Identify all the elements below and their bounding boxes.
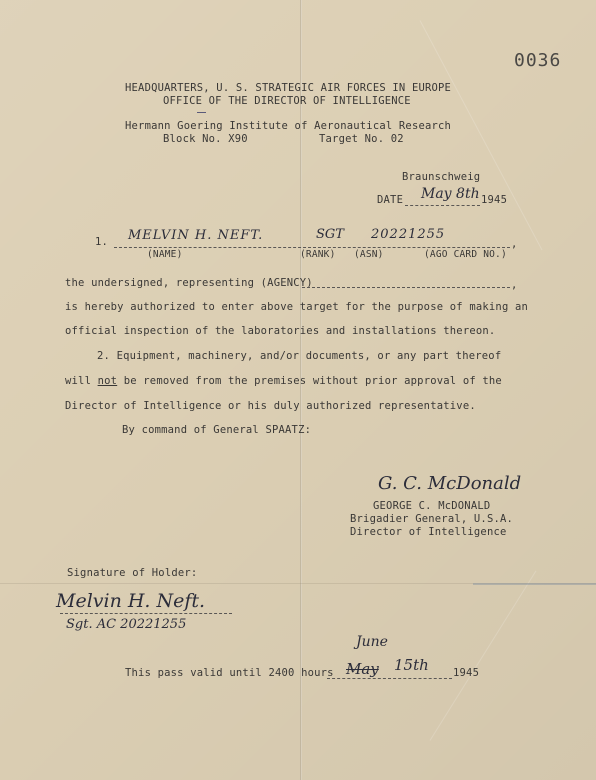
signatory-rank: Brigadier General, U.S.A. bbox=[350, 513, 513, 525]
signatory-name: GEORGE C. McDONALD bbox=[373, 500, 490, 512]
holder-signature: Melvin H. Neft. bbox=[56, 590, 205, 612]
date-label: DATE bbox=[377, 194, 403, 206]
para2-line-1: 2. Equipment, machinery, and/or document… bbox=[97, 350, 501, 362]
serial-number: 0036 bbox=[514, 50, 561, 71]
body-line-3: official inspection of the laboratories … bbox=[65, 325, 495, 337]
date-handwritten: May 8th bbox=[421, 186, 480, 202]
body-line-2: is hereby authorized to enter above targ… bbox=[65, 301, 528, 313]
body-line-1: the undersigned, representing (AGENCY) bbox=[65, 277, 313, 289]
comma: , bbox=[511, 238, 518, 250]
ink-mark bbox=[197, 112, 206, 113]
holder-label: Signature of Holder: bbox=[67, 567, 197, 579]
para2-line-2: will not be removed from the premises wi… bbox=[65, 375, 502, 387]
rank-handwritten: SGT bbox=[316, 227, 344, 242]
asn-handwritten: 20221255 bbox=[371, 227, 445, 242]
label-asn: (ASN) bbox=[354, 249, 384, 260]
holder-subline: Sgt. AC 20221255 bbox=[66, 617, 186, 632]
validity-day: 15th bbox=[394, 656, 429, 674]
location: Braunschweig bbox=[402, 171, 480, 183]
comma: , bbox=[511, 279, 518, 291]
tape-mark bbox=[473, 583, 596, 585]
name-handwritten: MELVIN H. NEFT. bbox=[128, 228, 263, 243]
target-number: Target No. 02 bbox=[319, 133, 404, 145]
text-rest: be removed from the premises without pri… bbox=[117, 375, 502, 387]
command-line: By command of General SPAATZ: bbox=[122, 424, 311, 436]
name-line bbox=[114, 247, 510, 248]
validity-struck-month: May bbox=[346, 660, 379, 678]
signatory-title: Director of Intelligence bbox=[350, 526, 507, 538]
validity-month: June bbox=[356, 634, 388, 650]
text-will: will bbox=[65, 375, 98, 387]
para2-line-3: Director of Intelligence or his duly aut… bbox=[65, 400, 476, 412]
header-line-1: HEADQUARTERS, U. S. STRATEGIC AIR FORCES… bbox=[125, 82, 451, 94]
holder-signature-line bbox=[60, 613, 232, 614]
label-rank: (RANK) bbox=[300, 249, 336, 260]
item-number: 1. bbox=[95, 236, 108, 248]
validity-year: 1945 bbox=[453, 667, 479, 679]
agency-line bbox=[302, 287, 510, 288]
header-line-2: OFFICE OF THE DIRECTOR OF INTELLIGENCE bbox=[163, 95, 411, 107]
target-institute: Hermann Goering Institute of Aeronautica… bbox=[125, 120, 451, 132]
validity-text: This pass valid until 2400 hours bbox=[125, 667, 334, 679]
vertical-fold bbox=[300, 0, 302, 780]
director-signature: G. C. McDonald bbox=[378, 473, 521, 494]
date-line bbox=[405, 205, 480, 206]
pass-document: 0036 HEADQUARTERS, U. S. STRATEGIC AIR F… bbox=[0, 0, 596, 780]
text-not-underlined: not bbox=[98, 375, 118, 387]
label-ago-card: (AGO CARD NO.) bbox=[424, 249, 507, 260]
date-year: 1945 bbox=[481, 194, 507, 206]
block-number: Block No. X90 bbox=[163, 133, 248, 145]
label-name: (NAME) bbox=[147, 249, 183, 260]
paper-crease bbox=[430, 571, 537, 741]
validity-line bbox=[327, 678, 452, 679]
